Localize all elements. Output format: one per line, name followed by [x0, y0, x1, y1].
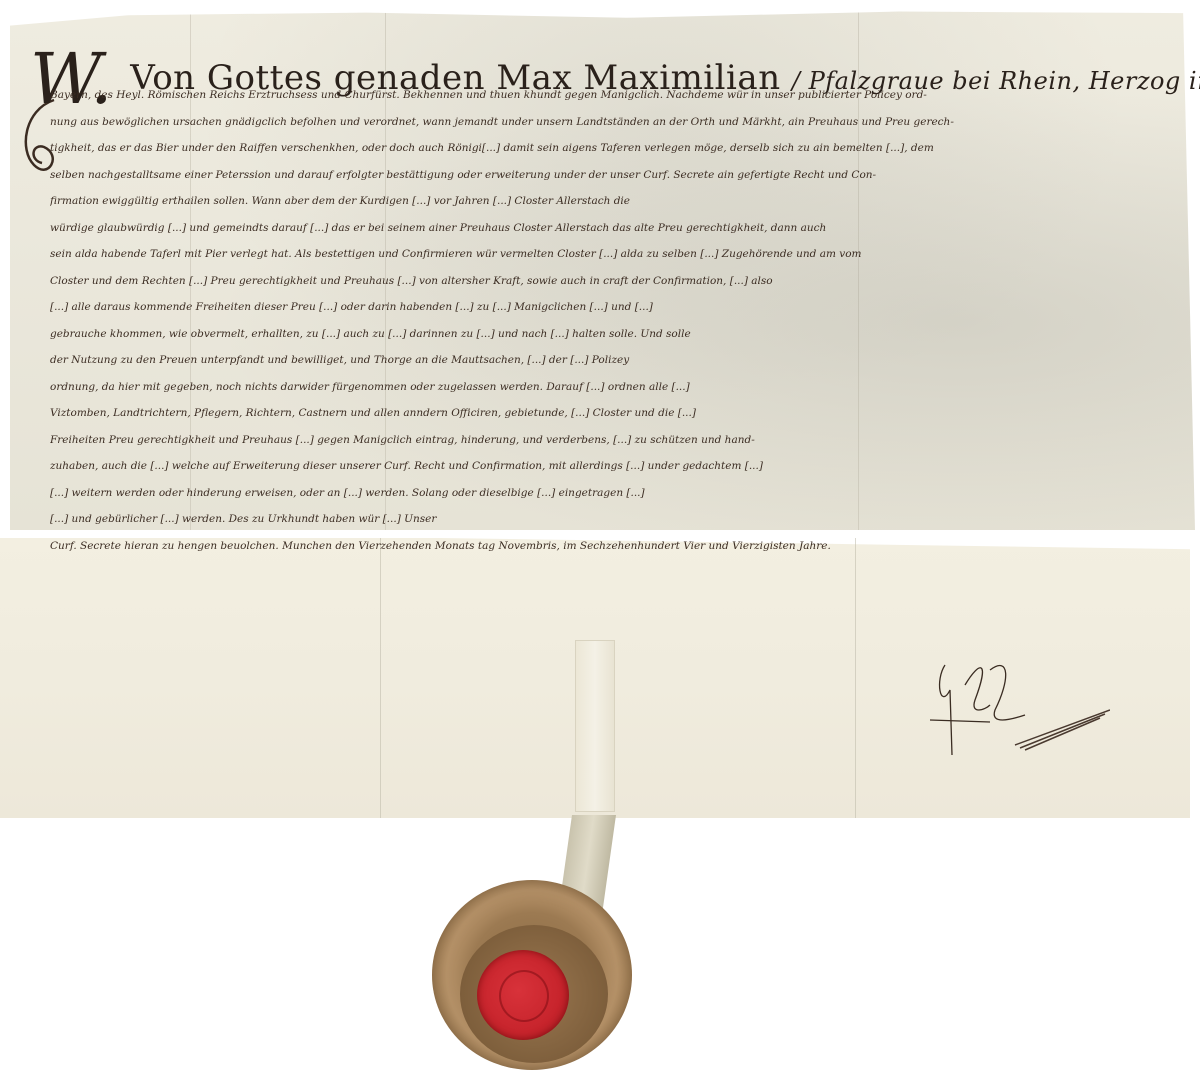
body-line: Bayern, des Heyl. Römischen Reichs Erztr…	[50, 82, 1170, 109]
body-line: zuhaben, auch die [...] welche auf Erwei…	[50, 453, 1170, 480]
body-line: sein alda habende Taferl mit Pier verleg…	[50, 241, 1170, 268]
body-line: tigkheit, das er das Bier under den Raif…	[50, 135, 1170, 162]
autograph-signature-icon	[930, 650, 1110, 760]
body-line: [...] weitern werden oder hinderung erwe…	[50, 480, 1170, 507]
fold-line	[380, 538, 381, 818]
charter-body: Bayern, des Heyl. Römischen Reichs Erztr…	[50, 82, 1170, 559]
seal-tag-slot	[575, 640, 615, 812]
body-line: gebrauche khommen, wie obvermelt, erhall…	[50, 321, 1170, 348]
body-line: [...] alle daraus kommende Freiheiten di…	[50, 294, 1170, 321]
fold-line	[855, 538, 856, 818]
body-line: [...] und gebürlicher [...] werden. Des …	[50, 506, 1170, 533]
body-line: würdige glaubwürdig [...] und gemeindts …	[50, 215, 1170, 242]
body-line: Viztomben, Landtrichtern, Pflegern, Rich…	[50, 400, 1170, 427]
body-line: nung aus bewöglichen ursachen gnädigclic…	[50, 109, 1170, 136]
body-line: der Nutzung zu den Preuen unterpfandt un…	[50, 347, 1170, 374]
red-wax-seal	[477, 950, 569, 1040]
body-line: firmation ewiggültig erthailen sollen. W…	[50, 188, 1170, 215]
body-line: selben nachgestalltsame einer Peterssion…	[50, 162, 1170, 189]
body-line: Curf. Secrete hieran zu hengen beuolchen…	[50, 533, 1170, 560]
body-line: Freiheiten Preu gerechtigkheit und Preuh…	[50, 427, 1170, 454]
body-line: ordnung, da hier mit gegeben, noch nicht…	[50, 374, 1170, 401]
body-line: Closter und dem Rechten [...] Preu gerec…	[50, 268, 1170, 295]
